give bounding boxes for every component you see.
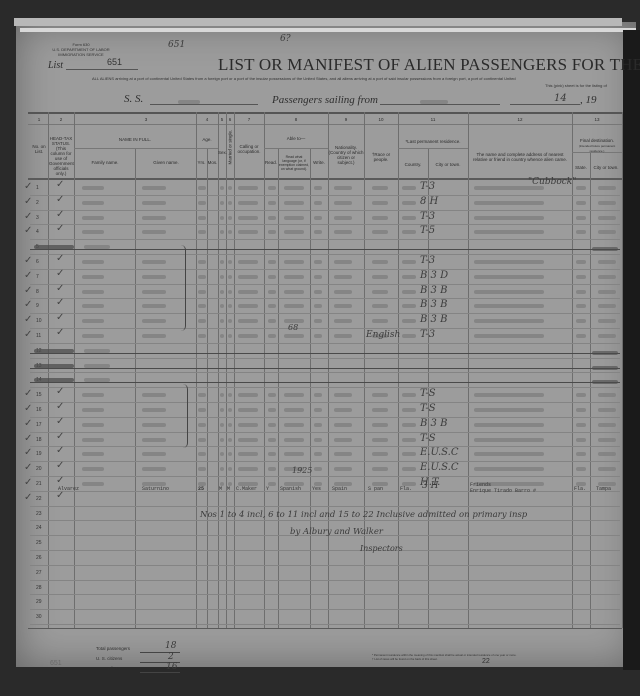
row-divider: [30, 269, 620, 270]
handwritten-status-mark: B 3 B: [420, 299, 447, 310]
illegible-entry: [372, 290, 388, 294]
strike-through-line: [30, 382, 620, 383]
row-divider: [30, 624, 620, 625]
illegible-entry: [268, 467, 276, 471]
row-divider: [30, 328, 620, 329]
row-22-age: 25: [198, 486, 204, 492]
department-heading: Form 630 U.S. DEPARTMENT OF LABOR IMMIGR…: [52, 42, 110, 57]
row-divider: [30, 298, 620, 299]
illegible-entry: [268, 438, 276, 442]
row-divider: [30, 195, 620, 196]
row-22-city: Tampa: [596, 486, 611, 492]
row-divider: [30, 210, 620, 211]
head-tax-check-icon: ✓: [56, 297, 64, 308]
illegible-entry: [372, 438, 388, 442]
header-family-name: Family name.: [75, 160, 135, 165]
list-number: 651: [107, 57, 122, 67]
row-number: 10: [36, 318, 42, 324]
row-22-race: S pan: [368, 486, 383, 492]
subheader-divider: [264, 148, 328, 149]
header-name-in-full: NAME IN FULL.: [74, 137, 196, 142]
port-underline: [380, 104, 500, 105]
row-22-read: Y: [266, 486, 269, 492]
illegible-entry: [402, 452, 416, 456]
illegible-entry: [598, 201, 616, 205]
row-divider: [30, 609, 620, 610]
header-read-language: Read what language (or, if exemption cla…: [278, 155, 310, 171]
handwritten-status-mark: T-S: [420, 388, 436, 399]
illegible-entry: [228, 334, 232, 338]
illegible-entry: [334, 467, 352, 471]
illegible-entry: [402, 216, 416, 220]
illegible-entry: [372, 186, 388, 190]
illegible-entry: [82, 408, 104, 412]
illegible-entry: [474, 290, 544, 294]
row-divider: [30, 284, 620, 285]
row-divider: [30, 550, 620, 551]
column-number: 10: [364, 117, 398, 122]
illegible-entry: [474, 304, 544, 308]
illegible-entry: [220, 438, 224, 442]
header-final-destination-note: (Intended future permanent residence.): [572, 144, 622, 154]
port-name-illegible: [420, 100, 448, 104]
handwritten-status-mark: T-S: [420, 433, 436, 444]
illegible-entry: [142, 201, 166, 205]
illegible-entry: [402, 201, 416, 205]
inspection-note-line-2: by Albury and Walker: [290, 527, 383, 537]
illegible-entry: [598, 467, 616, 471]
passengers-sailing-from-label: Passengers sailing from: [272, 94, 378, 106]
row-22-occupation: C.Maker: [236, 486, 257, 492]
column-number-divider: [28, 124, 622, 125]
illegible-entry: [314, 452, 322, 456]
illegible-entry: [142, 216, 166, 220]
illegible-entry: [82, 438, 104, 442]
illegible-entry: [284, 216, 304, 220]
illegible-entry: [82, 452, 104, 456]
illegible-entry: [198, 186, 206, 190]
header-race: †Race or people.: [364, 152, 398, 162]
column-number: 11: [398, 117, 468, 122]
title-subtitle: ALL ALIENS arriving at a port of contine…: [92, 76, 637, 81]
header-married-single: Married or single.: [228, 149, 233, 165]
illegible-entry: [268, 290, 276, 294]
illegible-entry: [576, 334, 586, 338]
subheader-divider: [74, 148, 218, 149]
header-no-on-list: No. on List.: [30, 144, 48, 154]
illegible-entry: [576, 201, 586, 205]
illegible-entry: [284, 393, 304, 397]
illegible-entry: [238, 408, 258, 412]
illegible-entry: [142, 275, 166, 279]
illegible-entry: [598, 393, 616, 397]
illegible-entry: [334, 290, 352, 294]
head-tax-check-icon: ✓: [56, 431, 64, 442]
inspection-check-icon: ✓: [24, 270, 32, 281]
date-day: 14: [554, 93, 567, 104]
ss-name-illegible: [178, 100, 200, 104]
row-divider: [30, 402, 620, 403]
illegible-entry: [238, 186, 258, 190]
inspection-check-icon: ✓: [24, 314, 32, 325]
illegible-entry: [284, 201, 304, 205]
illegible-entry: [576, 319, 586, 323]
inspection-check-icon: ✓: [24, 403, 32, 414]
illegible-entry: [284, 408, 304, 412]
head-tax-check-icon: ✓: [56, 209, 64, 220]
illegible-entry: [474, 467, 544, 471]
aliens-label: Aliens: [108, 666, 120, 671]
column-number: 5: [218, 117, 226, 122]
aliens-value: 16: [166, 662, 177, 672]
illegible-entry: [474, 201, 544, 205]
illegible-entry: [284, 452, 304, 456]
table-top-border: [28, 112, 622, 114]
column-number: 12: [468, 117, 572, 122]
illegible-entry: [576, 275, 586, 279]
illegible-entry: [598, 438, 616, 442]
row-number: 22: [36, 496, 42, 502]
row-number: 15: [36, 392, 42, 398]
handwritten-list-number: 651: [168, 40, 185, 50]
illegible-entry: [372, 467, 388, 471]
illegible-entry: [372, 319, 388, 323]
illegible-entry: [238, 423, 258, 427]
illegible-entry: [334, 260, 352, 264]
inspection-check-icon: ✓: [24, 211, 32, 222]
column-number: 4: [196, 117, 218, 122]
illegible-entry: [334, 216, 352, 220]
header-city-town: City or town.: [428, 162, 468, 167]
illegible-entry: [82, 467, 104, 471]
row-11-race-note: English: [366, 330, 400, 340]
illegible-entry: [198, 230, 206, 234]
illegible-entry: [228, 216, 232, 220]
illegible-entry: [82, 216, 104, 220]
handwritten-status-mark: T-3: [420, 181, 435, 192]
illegible-entry: [142, 408, 166, 412]
illegible-entry: [314, 319, 322, 323]
illegible-entry: [576, 304, 586, 308]
illegible-entry: [268, 482, 276, 486]
handwritten-status-mark: T-3: [420, 211, 435, 222]
illegible-entry: [238, 201, 258, 205]
head-tax-check-icon: ✓: [56, 460, 64, 471]
illegible-entry: [334, 186, 352, 190]
illegible-entry: [268, 230, 276, 234]
header-nearest-relative: The name and complete address of nearest…: [470, 152, 570, 162]
row-number: 28: [36, 585, 42, 591]
illegible-entry: [284, 260, 304, 264]
illegible-entry: [598, 334, 616, 338]
footnote-races: † List of races will be found on the bac…: [372, 658, 582, 661]
illegible-entry: [474, 408, 544, 412]
strike-through-line: [30, 353, 620, 354]
row-number: 17: [36, 422, 42, 428]
row-number: 9: [36, 303, 39, 309]
row-divider: [30, 387, 620, 388]
illegible-entry: [598, 423, 616, 427]
illegible-entry: [334, 423, 352, 427]
illegible-entry: [268, 408, 276, 412]
illegible-entry: [228, 260, 232, 264]
header-age: Age.: [196, 137, 218, 142]
illegible-entry: [402, 438, 416, 442]
illegible-entry: [142, 423, 166, 427]
row-divider: [30, 580, 620, 581]
illegible-entry: [576, 452, 586, 456]
illegible-entry: [598, 230, 616, 234]
illegible-entry: [576, 216, 586, 220]
illegible-entry: [334, 304, 352, 308]
row-number: 21: [36, 481, 42, 487]
illegible-entry: [142, 230, 166, 234]
column-number: 13: [572, 117, 622, 122]
table-bottom-border: [28, 628, 622, 629]
illegible-entry: [220, 216, 224, 220]
row-divider: [30, 476, 620, 477]
year-prefix: , 19: [580, 94, 597, 106]
illegible-entry: [142, 186, 166, 190]
handwritten-status-mark: B 3 B: [420, 418, 447, 429]
illegible-entry: [402, 319, 416, 323]
illegible-entry: [268, 304, 276, 308]
illegible-entry: [82, 186, 104, 190]
illegible-entry: [238, 275, 258, 279]
illegible-entry: [474, 393, 544, 397]
header-write: Write.: [310, 160, 328, 165]
row-number: 18: [36, 437, 42, 443]
illegible-entry: [238, 304, 258, 308]
illegible-entry: [284, 275, 304, 279]
inspection-check-icon: ✓: [24, 196, 32, 207]
row-divider: [30, 358, 620, 359]
row-divider: [30, 446, 620, 447]
head-tax-check-icon: ✓: [56, 253, 64, 264]
inspection-check-icon: ✓: [24, 299, 32, 310]
illegible-entry: [82, 304, 104, 308]
header-read: Read.: [264, 160, 278, 165]
inspection-check-icon: ✓: [24, 388, 32, 399]
inspection-check-icon: ✓: [24, 181, 32, 192]
illegible-entry: [334, 275, 352, 279]
illegible-entry: [198, 408, 206, 412]
service-name: IMMIGRATION SERVICE: [52, 52, 110, 57]
head-tax-check-icon: ✓: [56, 179, 64, 190]
row-number: 19: [36, 451, 42, 457]
illegible-entry: [314, 467, 322, 471]
illegible-entry: [220, 201, 224, 205]
illegible-entry: [284, 230, 304, 234]
illegible-entry: [402, 408, 416, 412]
illegible-entry: [576, 186, 586, 190]
illegible-entry: [142, 319, 166, 323]
illegible-entry: [598, 304, 616, 308]
illegible-entry: [142, 260, 166, 264]
total-passengers-value: 18: [165, 641, 176, 651]
illegible-entry: [142, 334, 166, 338]
header-sex: Sex.: [218, 150, 226, 155]
row-divider: [30, 520, 620, 521]
illegible-entry: [474, 216, 544, 220]
handwritten-status-mark: 8 H: [420, 196, 438, 207]
header-able-to: Able to—: [264, 136, 328, 141]
illegible-entry: [220, 186, 224, 190]
row-number: 2: [36, 200, 39, 206]
illegible-entry: [314, 334, 322, 338]
illegible-entry: [402, 290, 416, 294]
total-passengers-label: Total passengers: [96, 646, 130, 651]
illegible-entry: [268, 186, 276, 190]
row-divider: [30, 506, 620, 507]
head-tax-check-icon: ✓: [56, 283, 64, 294]
list-label: List: [48, 60, 63, 71]
handwritten-status-mark: T-3: [420, 329, 435, 340]
head-tax-check-icon: ✓: [56, 416, 64, 427]
header-head-tax-status: HEAD-TAX STATUS. (This column for use of…: [49, 136, 73, 176]
illegible-entry: [598, 319, 616, 323]
illegible-entry: [314, 186, 322, 190]
column-number: 6: [226, 117, 234, 122]
inspection-check-icon: ✓: [24, 255, 32, 266]
illegible-entry: [474, 230, 544, 234]
illegible-entry: [284, 423, 304, 427]
row-2-relative-note: "Cubbock": [528, 177, 576, 187]
row-number: 27: [36, 570, 42, 576]
illegible-entry: [142, 452, 166, 456]
row-divider: [30, 239, 620, 240]
us-citizens-label: U. S. citizens: [96, 656, 122, 661]
head-tax-check-icon: ✓: [56, 312, 64, 323]
illegible-entry: [334, 230, 352, 234]
ss-label: S. S.: [124, 93, 143, 105]
illegible-entry: [576, 290, 586, 294]
illegible-entry: [238, 319, 258, 323]
illegible-entry: [314, 408, 322, 412]
inspection-check-icon: ✓: [24, 418, 32, 429]
row-number: 4: [36, 229, 39, 235]
illegible-entry: [268, 334, 276, 338]
inspection-check-icon: ✓: [24, 329, 32, 340]
illegible-entry: [372, 201, 388, 205]
illegible-entry: [314, 201, 322, 205]
row-number: 6: [36, 259, 39, 265]
row-22-given-name: Saturnino: [142, 486, 169, 492]
illegible-entry: [238, 230, 258, 234]
row-number: 1: [36, 185, 39, 191]
illegible-entry: [82, 393, 104, 397]
illegible-entry: [372, 408, 388, 412]
illegible-entry: [314, 393, 322, 397]
illegible-entry: [228, 201, 232, 205]
illegible-entry: [142, 393, 166, 397]
illegible-entry: [238, 334, 258, 338]
row-divider: [30, 313, 620, 314]
row-22-sex: M: [219, 486, 222, 492]
illegible-entry: [228, 408, 232, 412]
illegible-entry: [372, 260, 388, 264]
illegible-entry: [198, 290, 206, 294]
illegible-entry: [198, 334, 206, 338]
illegible-entry: [334, 452, 352, 456]
illegible-entry: [198, 275, 206, 279]
illegible-entry: [220, 260, 224, 264]
inspection-check-icon: ✓: [24, 225, 32, 236]
illegible-entry: [284, 438, 304, 442]
illegible-entry: [402, 230, 416, 234]
row-22-relative: Enrique Tirado Barro #: [470, 488, 536, 494]
row-divider: [30, 343, 620, 344]
header-final-destination: Final destination.: [572, 138, 622, 143]
row-11-age-note: 68: [288, 323, 298, 332]
illegible-entry: [284, 304, 304, 308]
head-tax-check-icon: ✓: [56, 401, 64, 412]
head-tax-check-icon: ✓: [56, 475, 64, 486]
illegible-entry: [576, 408, 586, 412]
scan-border: [623, 30, 640, 670]
inspection-note-line-1: Nos 1 to 4 incl, 6 to 11 incl and 15 to …: [200, 510, 527, 520]
title-subtitle-2: This (pink) sheet is for the listing of: [545, 83, 607, 88]
illegible-entry: [576, 438, 586, 442]
family-bracket: [181, 245, 186, 331]
handwritten-status-mark: T-3: [420, 255, 435, 266]
illegible-entry: [198, 467, 206, 471]
row-divider: [30, 594, 620, 595]
row-22-family-name: Alvarez: [58, 486, 79, 492]
column-number: 2: [48, 117, 74, 122]
illegible-entry: [576, 393, 586, 397]
illegible-entry: [220, 275, 224, 279]
illegible-entry: [268, 452, 276, 456]
illegible-entry: [474, 423, 544, 427]
illegible-entry: [314, 438, 322, 442]
illegible-entry: [198, 260, 206, 264]
illegible-entry: [372, 423, 388, 427]
illegible-entry: [598, 216, 616, 220]
list-underline: [66, 69, 138, 70]
header-state: State.: [572, 165, 590, 170]
illegible-entry: [284, 290, 304, 294]
row-number: 11: [36, 333, 41, 339]
inspection-check-icon: ✓: [24, 462, 32, 473]
illegible-entry: [334, 334, 352, 338]
illegible-entry: [372, 393, 388, 397]
illegible-entry: [268, 201, 276, 205]
illegible-entry: [142, 290, 166, 294]
illegible-entry: [142, 438, 166, 442]
column-number: 9: [328, 117, 364, 122]
illegible-entry: [372, 216, 388, 220]
illegible-entry: [82, 482, 104, 486]
illegible-entry: [402, 260, 416, 264]
row-number: 25: [36, 540, 42, 546]
illegible-entry: [82, 275, 104, 279]
row-divider: [30, 461, 620, 462]
row-number: 30: [36, 614, 42, 620]
illegible-entry: [402, 334, 416, 338]
illegible-entry: [82, 290, 104, 294]
illegible-entry: [576, 467, 586, 471]
illegible-entry: [142, 304, 166, 308]
ss-name-underline: [150, 104, 258, 105]
illegible-entry: [82, 334, 104, 338]
illegible-entry: [576, 230, 586, 234]
illegible-entry: [372, 275, 388, 279]
illegible-entry: [238, 393, 258, 397]
header-dest-city: City or town.: [590, 165, 622, 170]
family-bracket: [183, 384, 188, 448]
subheader-divider: [398, 148, 468, 149]
